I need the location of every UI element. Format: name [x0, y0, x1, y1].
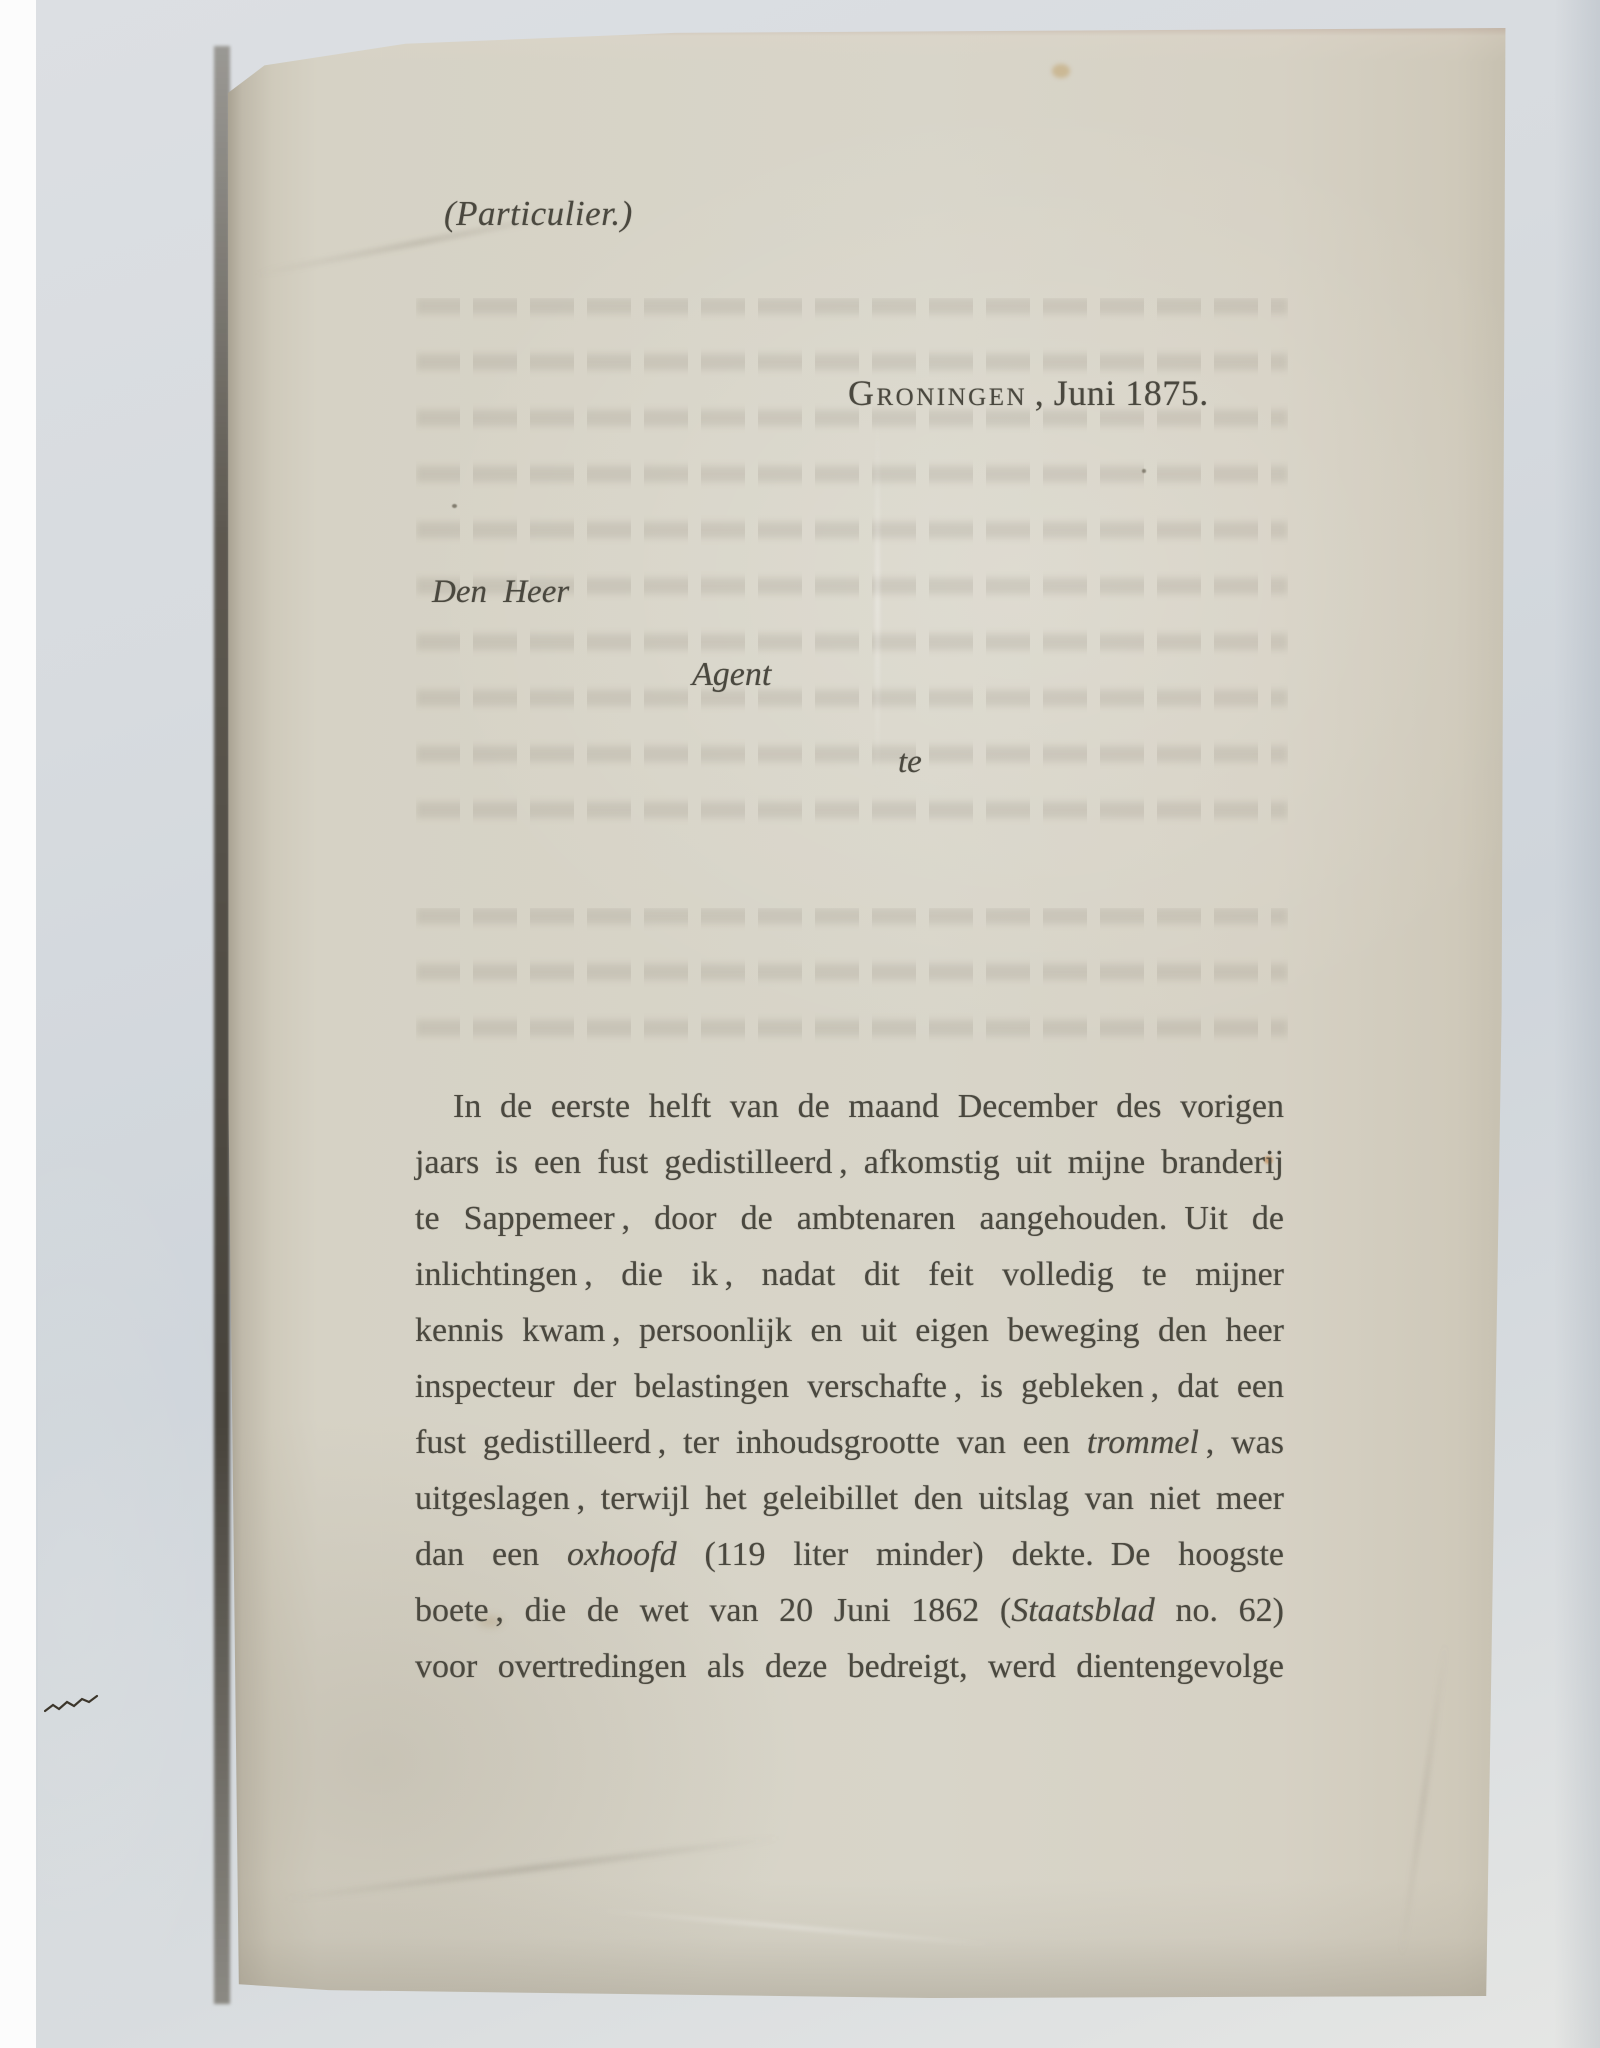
salutation-den-heer: Den Heer [432, 574, 569, 611]
letter-page: (Particulier.) Groningen , Juni 1875. De… [226, 28, 1508, 1998]
show-through-text-lower [416, 908, 1288, 1060]
stitch-thread [44, 1692, 104, 1716]
body-line-7-b: , was [1199, 1424, 1284, 1461]
foxing-stain-top-right [1052, 64, 1070, 78]
page-crease-bottom-2 [597, 1909, 996, 1947]
body-line-9-a: dan een [415, 1536, 567, 1573]
salutation-te: te [898, 744, 922, 781]
ink-speck-2 [1142, 469, 1146, 473]
body-line-10-b: no. 62) [1155, 1592, 1284, 1629]
confidential-marking: (Particulier.) [444, 194, 633, 234]
body-line-7-italic: trommel [1087, 1424, 1199, 1461]
body-line-4: inlichtingen , die ik , nadat dit feit v… [415, 1247, 1284, 1303]
spine-crease-shadow [214, 46, 230, 2004]
body-line-11: voor overtredingen als deze bedreigt, we… [415, 1639, 1284, 1695]
body-line-9: dan een oxhoofd (119 liter minder) dekte… [415, 1527, 1284, 1583]
body-line-8: uitgeslagen , terwijl het geleibillet de… [415, 1471, 1284, 1527]
body-line-5: kennis kwam , persoonlijk en uit eigen b… [415, 1303, 1284, 1359]
page-crease-bottom-1 [284, 1836, 781, 1902]
body-line-6: inspecteur der belastingen verschafte , … [415, 1359, 1284, 1415]
body-line-3: te Sappemeer , door de ambtenaren aangeh… [415, 1191, 1284, 1247]
ink-speck-1 [452, 504, 457, 508]
body-line-10: boete , die de wet van 20 Juni 1862 (Sta… [415, 1583, 1284, 1639]
body-line-7-a: fust gedistilleerd , ter inhoudsgrootte … [415, 1424, 1087, 1461]
body-line-7: fust gedistilleerd , ter inhoudsgrootte … [415, 1415, 1284, 1471]
dateline-date: , Juni 1875. [1027, 373, 1209, 413]
body-line-10-a: boete , die de wet van 20 Juni 1862 ( [415, 1592, 1011, 1629]
dateline-place: Groningen [848, 373, 1027, 413]
body-paragraph: In de eerste helft van de maand December… [415, 1079, 1284, 1695]
body-line-9-b: (119 liter minder) dekte. De hoogste [677, 1536, 1284, 1573]
salutation-agent: Agent [692, 656, 771, 694]
body-line-9-italic: oxhoofd [567, 1536, 677, 1573]
page-crease-right [1400, 1641, 1448, 1958]
booklet-cover [38, 0, 232, 2048]
page-crease-vertical [876, 410, 879, 788]
body-line-1: In de eerste helft van de maand December… [415, 1079, 1284, 1135]
body-line-10-italic: Staatsblad [1011, 1592, 1155, 1629]
dateline: Groningen , Juni 1875. [848, 372, 1209, 414]
body-line-2: jaars is een fust gedistilleerd , afkoms… [415, 1135, 1284, 1191]
